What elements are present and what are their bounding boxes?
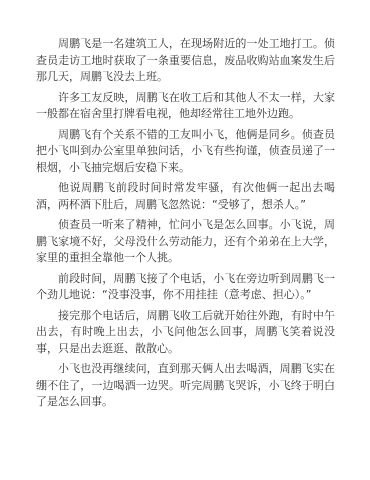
paragraph: 小飞也没再继续问，直到那天俩人出去喝酒，周鹏飞实在绷不住了，一边喝酒一边哭。听完…: [36, 361, 335, 411]
page-text: 周鹏飞是一名建筑工人，在现场附近的一处工地打工。侦查员走访工地时获取了一条重要信…: [36, 36, 335, 415]
paragraph: 接完那个电话后，周鹏飞收工后就开始往外跑，有时中午出去，有时晚上出去，小飞问他怎…: [36, 308, 335, 358]
paragraph: 周鹏飞有个关系不错的工友叫小飞，他俩是同乡。侦查员把小飞叫到办公室里单独问话，小…: [36, 127, 335, 177]
paragraph: 他说周鹏飞前段时间时常发牢骚，有次他俩一起出去喝酒，两杯酒下肚后，周鹏飞忽然说：…: [36, 180, 335, 213]
paragraph: 前段时间，周鹏飞接了个电话，小飞在旁边听到周鹏飞一个劲儿地说：“没事没事，你不用…: [36, 271, 335, 304]
paragraph: 侦查员一听来了精神，忙问小飞是怎么回事。小飞说，周鹏飞家境不好，父母没什么劳动能…: [36, 217, 335, 267]
paragraph: 许多工友反映，周鹏飞在收工后和其他人不太一样，大家一般都在宿舍里打牌看电视，他却…: [36, 90, 335, 123]
paragraph: 周鹏飞是一名建筑工人，在现场附近的一处工地打工。侦查员走访工地时获取了一条重要信…: [36, 36, 335, 86]
reader-page: 周鹏飞是一名建筑工人，在现场附近的一处工地打工。侦查员走访工地时获取了一条重要信…: [0, 0, 370, 480]
